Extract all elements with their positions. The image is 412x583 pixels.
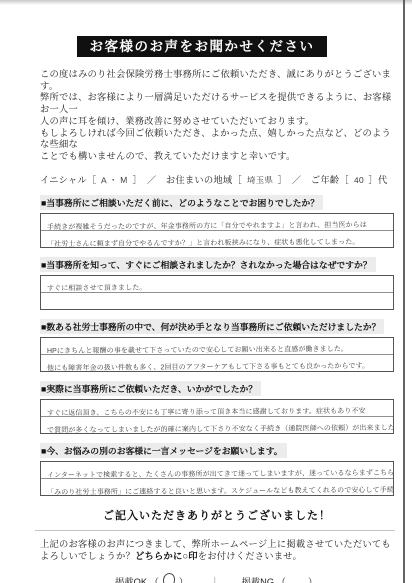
question-label: ■当事務所を知って、すぐにご相談されましたか？されなかった場合はなぜですか？ xyxy=(40,257,376,272)
intro-paragraph: この度はみのり社会保険労務士事務所にご依頼いただき、誠にありがとうございます。 … xyxy=(40,69,394,163)
publication-consent-paragraph: 上記のお客様のお声につきまして、弊所ホームページ上に掲載させていただいてもよろし… xyxy=(40,538,394,562)
answer-row: すぐに相談させて頂きました。 xyxy=(41,276,393,293)
handwritten-answer: 「みのり社労士事務所」にご連絡すると良いと思います。スケジュールなども教えてくれ… xyxy=(47,483,393,494)
publication-choice-row: 掲載OK （）｜掲載NG （） xyxy=(40,573,394,583)
scanned-form-sheet: お客様のお声をお聞かせください この度はみのり社会保険労務士事務所にご依頼いただ… xyxy=(0,0,412,583)
handwritten-answer: で質問が多くなってしまいましたが的確に案内して下さり不安なく手続き（通院医師への… xyxy=(47,421,393,432)
handwritten-answer: インターネットで検索すると、たくさんの事務所が出てきて迷ってしまいますが、迷って… xyxy=(47,466,393,478)
age-suffix: ］代 xyxy=(368,175,387,185)
publish-ng-label: 掲載NG （ xyxy=(242,577,286,583)
publish-ng-paren-close: ） xyxy=(308,577,317,583)
initial-label: イニシャル［ xyxy=(40,175,96,185)
answer-row xyxy=(41,293,393,309)
answer-box: 手続きが複雑そうだったのですが、年金事務所の方に「自分でやれますよ」と言われ、担… xyxy=(40,213,394,248)
section-divider xyxy=(35,530,395,531)
answer-box: すぐに相談させて頂きました。 xyxy=(40,275,394,310)
thank-you-message: ご記入いただきありがとうございました！ xyxy=(40,507,394,523)
respondent-profile-line: イニシャル［ A ・ M ］ ／ お住まいの地域［ 埼玉県 ］ ／ ご年齢［ 4… xyxy=(40,172,394,186)
handwritten-answer: HPにきちんと報酬の事を載せて下さっていたので安心してお願い出来ると直感が働きま… xyxy=(47,343,348,355)
answer-row: 他にも障害年金の扱い件数も多く、2回目のアフターケアもして下さる事もとても良かっ… xyxy=(41,355,393,371)
question-block-4: ■実際に当事務所にご依頼いただき、いかがでしたか？ すぐに返信頂き、こちらの不安… xyxy=(40,379,394,434)
handwritten-answer: 他にも障害年金の扱い件数も多く、2回目のアフターケアもして下さる事もとても良かっ… xyxy=(47,360,369,371)
intro-line: 人の声に耳を傾け、業務改善に努めさせていただいております。 xyxy=(40,116,394,128)
intro-line: もしよろしければ今回ご依頼いただき、よかった点、嬉しかった点など、どのような些細… xyxy=(40,128,394,151)
answer-row: すぐに返信頂き、こちらの不安にも丁寧に寄り添って頂き本当に感謝しております。症状… xyxy=(41,400,393,417)
handwritten-answer: すぐに返信頂き、こちらの不安にも丁寧に寄り添って頂き本当に感謝しております。症状… xyxy=(47,405,366,417)
region-handwritten-value: 埼玉県 xyxy=(245,173,275,186)
handwritten-answer: すぐに相談させて頂きました。 xyxy=(47,281,147,292)
answer-row: で質問が多くなってしまいましたが的確に案内して下さり不安なく手続き（通院医師への… xyxy=(41,417,393,433)
publish-ok-paren-close: ） xyxy=(179,577,188,583)
answer-row: 「みのり社労士事務所」にご連絡すると良いと思います。スケジュールなども教えてくれ… xyxy=(41,479,393,495)
answer-box: インターネットで検索すると、たくさんの事務所が出てきて迷ってしまいますが、迷って… xyxy=(40,461,394,496)
consent-text-after: をお付けくださいませ。 xyxy=(198,551,302,561)
question-label: ■当事務所にご相談いただく前に、どのようなことでお困りでしたか？ xyxy=(40,195,323,210)
question-block-3: ■数ある社労士事務所の中で、何が決め手となり当事務所にご依頼いただけましたか？ … xyxy=(40,317,394,372)
question-label: ■今、お悩みの別のお客様に一言メッセージをお願いします。 xyxy=(40,443,287,458)
handwritten-answer: 「社労士さんに頼まず自分でやるんですか？」と言われ板挟みになり、症状も悪化してし… xyxy=(47,236,359,247)
publish-ok-label: 掲載OK （ xyxy=(115,577,159,583)
answer-row: HPにきちんと報酬の事を載せて下さっていたので安心してお願い出来ると直感が働きま… xyxy=(41,338,393,355)
initial-handwritten-value: A ・ M xyxy=(99,173,130,186)
question-block-2: ■当事務所を知って、すぐにご相談されましたか？されなかった場合はなぜですか？ す… xyxy=(40,255,394,310)
question-label: ■数ある社労士事務所の中で、何が決め手となり当事務所にご依頼いただけましたか？ xyxy=(40,319,384,334)
choice-separator: ｜ xyxy=(210,574,219,583)
intro-line: この度はみのり社会保険労務士事務所にご依頼いただき、誠にありがとうございます。 xyxy=(40,69,394,92)
question-block-5: ■今、お悩みの別のお客様に一言メッセージをお願いします。 インターネットで検索す… xyxy=(40,441,394,496)
answer-box: HPにきちんと報酬の事を載せて下さっていたので安心してお願い出来ると直感が働きま… xyxy=(40,337,394,372)
question-block-1: ■当事務所にご相談いただく前に、どのようなことでお困りでしたか？ 手続きが複雑そ… xyxy=(40,193,394,248)
region-label: ］ ／ お住まいの地域［ xyxy=(133,175,242,185)
consent-bold-text: どちらかに○印 xyxy=(135,551,198,561)
answer-row: 手続きが複雑そうだったのですが、年金事務所の方に「自分でやれますよ」と言われ、担… xyxy=(41,214,393,231)
answer-box: すぐに返信頂き、こちらの不安にも丁寧に寄り添って頂き本当に感謝しております。症状… xyxy=(40,399,394,434)
handwritten-circle-mark xyxy=(162,572,176,583)
answer-row: 「社労士さんに頼まず自分でやるんですか？」と言われ板挟みになり、症状も悪化してし… xyxy=(41,231,393,247)
intro-line: 弊所では、お客様により一層満足いただけるサービスを提供できるように、お客様お一人… xyxy=(40,92,394,115)
form-title: お客様のお声をお聞かせください xyxy=(77,36,327,57)
handwritten-answer: 手続きが複雑そうだったのですが、年金事務所の方に「自分でやれますよ」と言われ、担… xyxy=(47,219,367,231)
age-label: ］ ／ ご年齢［ xyxy=(278,175,349,185)
question-label: ■実際に当事務所にご依頼いただき、いかがでしたか？ xyxy=(40,381,261,396)
answer-row: インターネットで検索すると、たくさんの事務所が出てきて迷ってしまいますが、迷って… xyxy=(41,462,393,479)
intro-line: ことでも構いませんので、教えていただけますと幸いです。 xyxy=(40,151,394,163)
age-handwritten-value: 40 xyxy=(352,175,366,185)
